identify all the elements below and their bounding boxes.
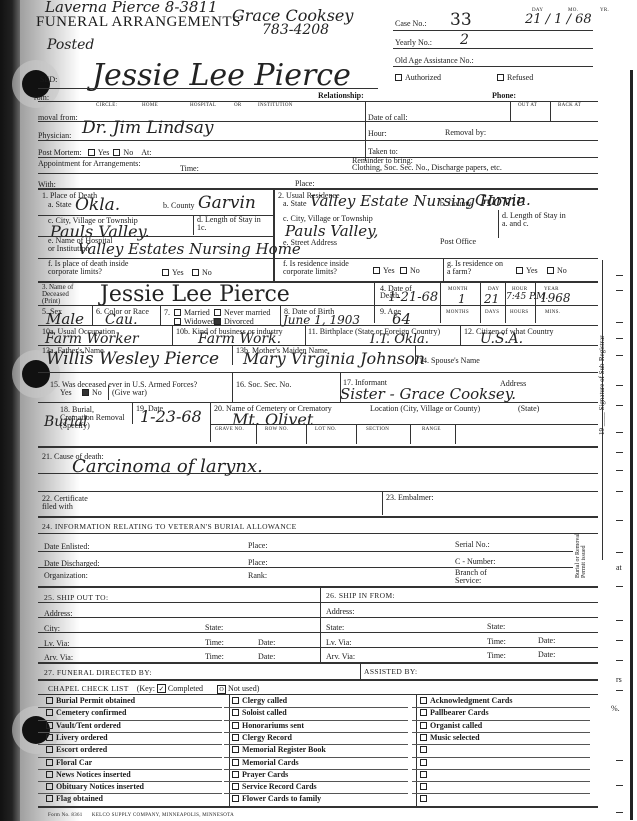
checklist-item[interactable]: Cemetery confirmed — [46, 708, 126, 717]
date-of-death-value[interactable]: 1-21-68 — [388, 290, 438, 305]
checkbox-icon[interactable] — [232, 783, 239, 790]
ship-in-arv-via-label: Arv. Via: — [326, 652, 355, 661]
farm-yes-checkbox[interactable]: Yes — [516, 266, 538, 275]
checklist-item-label: Prayer Cards — [242, 770, 288, 779]
checkbox-icon[interactable] — [46, 759, 53, 766]
ship-in-state-label: State: — [326, 623, 344, 632]
checkbox-icon[interactable] — [420, 795, 427, 802]
residence-limits-yes-checkbox[interactable]: Yes — [373, 266, 395, 275]
checklist-item-label: Memorial Register Book — [242, 745, 326, 754]
checklist-item[interactable]: Memorial Register Book — [232, 745, 326, 754]
grave-no-header: GRAVE NO. — [215, 427, 244, 432]
ship-in-lv-date-label: Date: — [538, 636, 555, 645]
old-age-label: Old Age Assistance No.: — [395, 56, 474, 65]
burial-permit-label: Burial or Removal Permit issued — [575, 533, 587, 578]
checklist-item[interactable]: Escort ordered — [46, 745, 107, 754]
ship-out-arv-time-label: Time: — [205, 652, 224, 661]
checklist-item-label: Obituary Notices inserted — [56, 782, 144, 791]
checklist-item[interactable] — [420, 758, 430, 767]
checkbox-icon[interactable] — [420, 783, 427, 790]
residence-state-label: a. State — [283, 199, 307, 208]
page-right-edge — [630, 70, 633, 820]
mins-header: MINS. — [545, 310, 560, 315]
checklist-item-label: Soloist called — [242, 708, 287, 717]
checklist-item[interactable] — [420, 770, 430, 779]
checklist-item[interactable]: Service Record Cards — [232, 782, 317, 791]
checkbox-icon[interactable] — [420, 734, 427, 741]
ship-in-state2-label: State: — [487, 622, 505, 631]
out-at-label: OUT AT — [518, 103, 537, 108]
rank-label: Rank: — [248, 571, 267, 580]
deceased-name-label: 3. Name of Deceased (Print) — [42, 284, 86, 305]
checkbox-icon[interactable] — [232, 722, 239, 729]
checklist-item[interactable]: Soloist called — [232, 708, 287, 717]
checklist-item[interactable]: Music selected — [420, 733, 480, 742]
serial-no-label: Serial No.: — [455, 540, 490, 549]
checkbox-icon[interactable] — [46, 771, 53, 778]
checklist-item[interactable]: Floral Car — [46, 758, 92, 767]
death-county-value[interactable]: Garvin — [198, 193, 256, 213]
armed-no-checkbox[interactable]: No — [82, 388, 102, 397]
reminder-text: Clothing, Soc. Sec. No., Discharge paper… — [352, 163, 502, 172]
veteran-section-title: 24. INFORMATION RELATING TO VETERAN'S BU… — [42, 522, 297, 531]
checkbox-icon[interactable] — [232, 746, 239, 753]
case-no-label: Case No.: — [395, 19, 427, 28]
certificate-filed-label: 22. Certificate filed with — [42, 495, 102, 511]
margin-hrs-label: rs — [616, 675, 622, 684]
checkbox-icon[interactable] — [46, 709, 53, 716]
ship-out-lv-date-label: Date: — [258, 638, 275, 647]
checklist-item[interactable] — [420, 794, 430, 803]
checkbox-icon[interactable] — [420, 771, 427, 778]
checklist-item[interactable]: Organist called — [420, 721, 482, 730]
checklist-item-label: Service Record Cards — [242, 782, 317, 791]
residence-stay-label: d. Length of Stay in a. and c. — [502, 212, 570, 228]
checkbox-icon[interactable] — [232, 759, 239, 766]
death-month-value[interactable]: 1 — [458, 292, 466, 306]
place-label: Place: — [295, 179, 315, 188]
checklist-item[interactable]: Flower Cards to family — [232, 794, 321, 803]
ship-in-arv-date-label: Date: — [538, 650, 555, 659]
checklist-item-label: Acknowledgment Cards — [430, 696, 512, 705]
months-header: MONTHS — [446, 310, 469, 315]
sub-registrar-signature-label: 19 ____ Signature of Sub-Registrar — [598, 335, 606, 435]
checklist-item-label: Memorial Cards — [242, 758, 299, 767]
checklist-item-label: Clergy called — [242, 696, 287, 705]
marital-label: 7. — [164, 308, 170, 317]
death-county-label: b. County — [163, 201, 195, 210]
checklist-item-label: Escort ordered — [56, 745, 107, 754]
checkbox-icon[interactable] — [420, 722, 427, 729]
hours-header: HOURS — [510, 310, 528, 315]
hospital-value[interactable]: Valley Estates Nursing Home — [78, 240, 301, 258]
phone-label: Phone: — [492, 91, 516, 100]
checklist-item[interactable] — [420, 745, 430, 754]
ssn-label: 16. Soc. Sec. No. — [236, 380, 291, 389]
informant-address-label: Address — [500, 379, 526, 388]
publisher: KELCO SUPPLY COMPANY, MINNEAPOLIS, MINNE… — [92, 813, 234, 818]
checklist-item-label: Vault/Tent ordered — [56, 721, 121, 730]
cemetery-state-label: (State) — [518, 404, 539, 413]
home-option[interactable]: HOME — [142, 103, 158, 108]
discharged-place-label: Place: — [248, 558, 268, 567]
refused-checkbox[interactable]: Refused — [497, 73, 533, 82]
date-enlisted-label: Date Enlisted: — [44, 542, 90, 551]
farm-label: g. Is residence on a farm? — [447, 260, 507, 276]
checkbox-icon[interactable] — [46, 734, 53, 741]
checkbox-icon[interactable] — [420, 697, 427, 704]
days-header: DAYS — [485, 310, 499, 315]
checklist-item[interactable]: Flag obtained — [46, 794, 103, 803]
ship-out-state-label: State: — [205, 623, 223, 632]
checklist-item-label: Clergy Record — [242, 733, 292, 742]
checklist-item[interactable]: Obituary Notices inserted — [46, 782, 144, 791]
form-title: FUNERAL ARRANGEMENTS — [36, 14, 241, 31]
street-address-label: e. Street Address — [283, 238, 337, 247]
binder-edge — [0, 0, 20, 821]
armed-yes-checkbox[interactable]: Yes — [60, 388, 72, 397]
mother-value[interactable]: Mary Virginia Johnson — [243, 349, 425, 368]
branch-label: Branch of Service: — [455, 569, 500, 585]
checklist-item[interactable]: Clergy called — [232, 696, 287, 705]
never-married-checkbox[interactable]: Never married — [214, 308, 270, 317]
deceased-name-value[interactable]: Jessie Lee Pierce — [100, 282, 290, 307]
ship-in-lv-via-label: Lv. Via: — [326, 638, 352, 647]
lot-no-header: LOT NO. — [315, 427, 336, 432]
ship-in-address-label: Address: — [326, 607, 354, 616]
ship-out-arv-via-label: Arv. Via: — [44, 653, 73, 662]
ship-in-arv-time-label: Time: — [487, 651, 506, 660]
checklist-item[interactable]: Pallbearer Cards — [420, 708, 489, 717]
assisted-by-label: ASSISTED BY: — [364, 667, 418, 676]
checklist-item-label: Honorariums sent — [242, 721, 304, 730]
checklist-item[interactable]: Acknowledgment Cards — [420, 696, 512, 705]
section-header: SECTION — [366, 427, 389, 432]
institution-option[interactable]: INSTITUTION — [258, 103, 293, 108]
checklist-item[interactable]: Clergy Record — [232, 733, 292, 742]
post-mortem-yes-checkbox[interactable] — [88, 149, 95, 156]
checklist-item-label: Floral Car — [56, 758, 92, 767]
funeral-directed-by-label: 27. FUNERAL DIRECTED BY: — [44, 668, 152, 677]
checkbox-icon[interactable] — [420, 709, 427, 716]
taken-to-label: Taken to: — [368, 147, 398, 156]
residence-limits-no-checkbox[interactable]: No — [400, 266, 420, 275]
residence-limits-label: f. Is residence inside corporate limits? — [283, 260, 373, 276]
checkbox-icon[interactable] — [420, 759, 427, 766]
give-war-label: (Give war) — [112, 388, 147, 397]
or-label: OR — [234, 103, 242, 108]
checklist-item[interactable]: Livery ordered — [46, 733, 108, 742]
checklist-item-label: Burial Permit obtained — [56, 696, 135, 705]
checkbox-icon[interactable] — [46, 722, 53, 729]
margin-misc-label: %. — [611, 704, 620, 713]
hour-label: Hour: — [368, 129, 387, 138]
organization-label: Organization: — [44, 571, 88, 580]
physician-label: Physician: — [38, 131, 71, 140]
death-limits-no-checkbox[interactable]: No — [192, 268, 212, 277]
time-label: Time: — [180, 164, 199, 173]
informant-value[interactable]: Sister - Grace Cooksey. — [340, 385, 516, 403]
c-number-label: C - Number: — [455, 557, 495, 566]
checkbox-icon[interactable] — [232, 771, 239, 778]
not-used-key-icon: O — [217, 685, 226, 694]
embalmer-label: 23. Embalmer: — [386, 493, 434, 502]
residence-county-label: b. County — [440, 199, 472, 208]
refused-label: Refused — [507, 73, 533, 82]
checklist-item-label: Livery ordered — [56, 733, 108, 742]
appointment-label: Appointment for Arrangements: — [38, 159, 141, 168]
ship-out-arv-date-label: Date: — [258, 652, 275, 661]
checklist-item-label: Organist called — [430, 721, 482, 730]
checkbox-icon[interactable] — [46, 697, 53, 704]
checkbox-icon[interactable] — [232, 709, 239, 716]
checklist-item-label: News Notices inserted — [56, 770, 131, 779]
checklist-item[interactable] — [420, 782, 430, 791]
form-number: Form No. 8361 — [48, 813, 83, 818]
death-stay-label: d. Length of Stay in 1c. — [197, 216, 267, 232]
authorized-label: Authorized — [405, 73, 441, 82]
form-footer: Form No. 8361 KELCO SUPPLY COMPANY, MINN… — [48, 813, 234, 818]
yr-label: YR. — [600, 8, 609, 13]
back-at-label: BACK AT — [558, 103, 581, 108]
checkbox-icon[interactable] — [420, 746, 427, 753]
burial-value[interactable]: Burial — [44, 414, 87, 430]
case-no-value[interactable]: 33 — [450, 10, 472, 30]
check-key-icon: ✓ — [157, 684, 166, 693]
spouse-label: 14. Spouse's Name — [419, 356, 480, 365]
removal-by-label: Removal by: — [445, 128, 486, 137]
yearly-no-value[interactable]: 2 — [460, 32, 469, 48]
range-header: RANGE — [422, 427, 441, 432]
ship-out-title: 25. SHIP OUT TO: — [44, 593, 108, 602]
death-inside-limits-label: f. Is place of death inside corporate li… — [48, 260, 158, 276]
checklist-item-label: Cemetery confirmed — [56, 708, 126, 717]
residence-county-value[interactable]: Garvin. — [475, 191, 531, 209]
death-state-value[interactable]: Okla. — [75, 195, 120, 215]
death-state-label: a. State — [48, 200, 72, 209]
death-limits-yes-checkbox[interactable]: Yes — [162, 268, 184, 277]
checklist-item-label: Music selected — [430, 733, 480, 742]
checklist-item-label: Flag obtained — [56, 794, 103, 803]
checklist-item-label: Pallbearer Cards — [430, 708, 489, 717]
post-mortem-no-checkbox[interactable] — [113, 149, 120, 156]
case-date-value[interactable]: 21 / 1 / 68 — [525, 12, 592, 27]
post-office-label: Post Office — [440, 237, 476, 246]
checkbox-icon[interactable] — [232, 734, 239, 741]
margin-at-label: at — [616, 563, 622, 572]
post-mortem-row: Post Mortem: Yes No At: — [38, 148, 151, 157]
checklist-item-label: Flower Cards to family — [242, 794, 321, 803]
checklist-item[interactable]: Vault/Tent ordered — [46, 721, 121, 730]
checklist-item[interactable]: Prayer Cards — [232, 770, 288, 779]
checkbox-icon[interactable] — [46, 795, 53, 802]
death-year-value[interactable]: 1968 — [540, 291, 571, 305]
note-contact-phone: 783-4208 — [262, 22, 329, 38]
checklist-header: CHAPEL CHECK LIST (Key: ✓ Completed O No… — [48, 684, 259, 694]
row-no-header: ROW NO. — [265, 427, 288, 432]
checklist-item[interactable]: Burial Permit obtained — [46, 696, 135, 705]
circle-label: CIRCLE: — [96, 103, 117, 108]
checkbox-icon[interactable] — [46, 746, 53, 753]
father-value[interactable]: Willis Wesley Pierce — [46, 349, 219, 369]
disposition-date-value[interactable]: 1-23-68 — [140, 407, 202, 426]
authorized-checkbox[interactable]: Authorized — [395, 73, 441, 82]
physician-value[interactable]: Dr. Jim Lindsay — [82, 118, 214, 138]
ship-in-title: 26. SHIP IN FROM: — [326, 591, 395, 600]
hospital-option[interactable]: HOSPITAL — [190, 103, 216, 108]
checkbox-icon[interactable] — [232, 697, 239, 704]
checklist-item[interactable]: Memorial Cards — [232, 758, 299, 767]
checkbox-icon[interactable] — [46, 783, 53, 790]
ship-in-lv-time-label: Time: — [487, 637, 506, 646]
ship-out-lv-time-label: Time: — [205, 638, 224, 647]
note-posted: Posted — [47, 37, 94, 53]
deceased-label: SED: — [40, 75, 57, 84]
yearly-no-label: Yearly No.: — [395, 38, 432, 47]
farm-no-checkbox[interactable]: No — [547, 266, 567, 275]
checklist-item[interactable]: News Notices inserted — [46, 770, 131, 779]
checklist-title: CHAPEL CHECK LIST — [48, 684, 129, 693]
location-label: Location (City, Village or County) — [370, 404, 480, 413]
checkbox-icon[interactable] — [232, 795, 239, 802]
relationship-label: Relationship: — [318, 91, 364, 100]
married-checkbox[interactable]: Married — [174, 308, 210, 317]
death-day-value[interactable]: 21 — [484, 292, 499, 306]
checklist-item[interactable]: Honorariums sent — [232, 721, 304, 730]
enlisted-place-label: Place: — [248, 541, 268, 550]
